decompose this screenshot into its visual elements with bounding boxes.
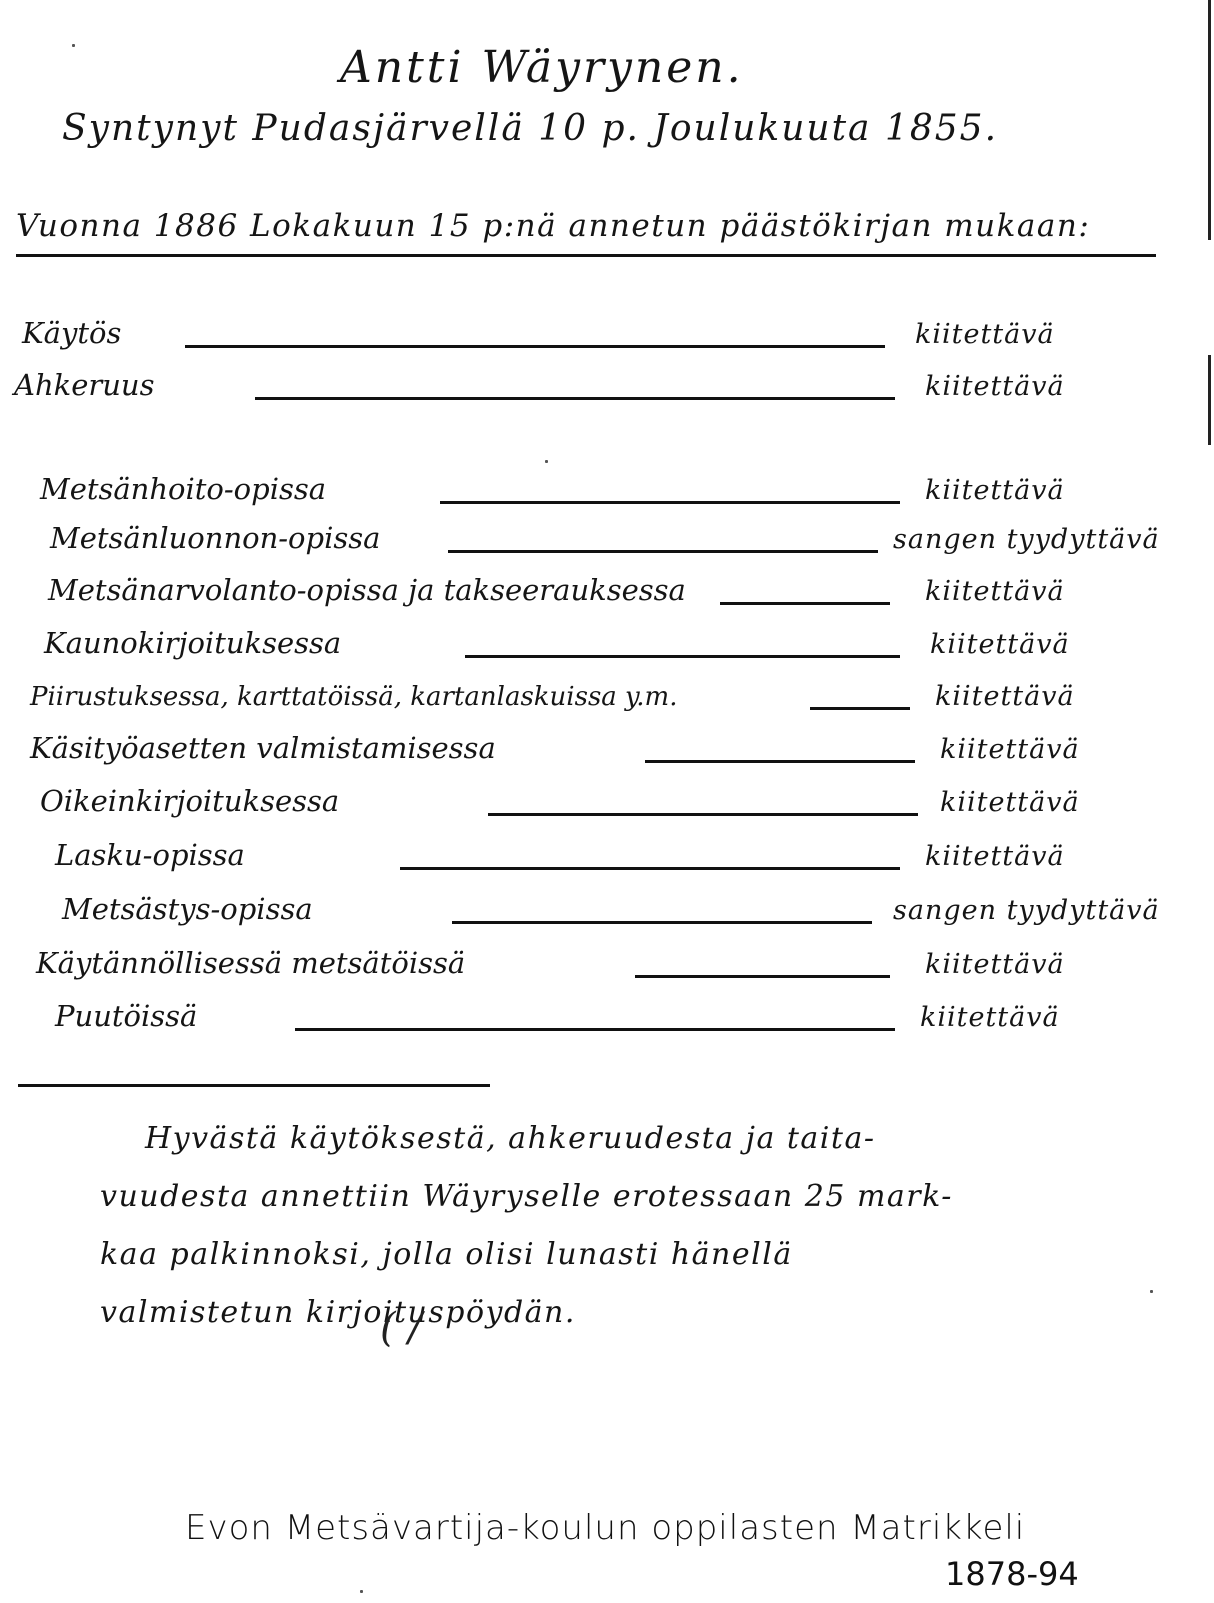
subject-grade: kiitettävä — [925, 949, 1065, 980]
archive-years: 1878-94 — [945, 1555, 1079, 1593]
fill-line — [635, 975, 890, 978]
subject-name: Käytännöllisessä metsätöissä — [36, 946, 465, 980]
scan-speck — [545, 460, 548, 463]
section-rule — [18, 1084, 490, 1087]
subject-name: Metsänhoito-opissa — [40, 472, 326, 506]
subject-row: Käsityöasetten valmistamisessa kiitettäv… — [0, 725, 1214, 771]
conduct-subject: Käytös — [22, 316, 121, 350]
subject-name: Metsänluonnon-opissa — [50, 521, 380, 555]
subject-row: Käytännöllisessä metsätöissä kiitettävä — [0, 940, 1214, 986]
fill-line — [185, 345, 885, 348]
conduct-subject: Ahkeruus — [14, 368, 154, 402]
subject-row: Metsänhoito-opissa kiitettävä — [0, 466, 1214, 512]
student-name-title: Antti Wäyrynen. — [340, 42, 744, 93]
subject-row: Metsänluonnon-opissa sangen tyydyttävä — [0, 515, 1214, 561]
scan-speck — [72, 44, 75, 47]
subject-grade: kiitettävä — [940, 734, 1080, 765]
fill-line — [810, 707, 910, 710]
fill-line — [465, 655, 900, 658]
subject-grade: kiitettävä — [920, 1002, 1060, 1033]
subject-name: Oikeinkirjoituksessa — [40, 784, 339, 818]
subject-name: Metsänarvolanto-opissa ja takseerauksess… — [48, 573, 686, 607]
margin-marks: ( / — [380, 1305, 422, 1351]
certificate-line: Vuonna 1886 Lokakuun 15 p:nä annetun pää… — [16, 208, 1090, 244]
fill-line — [452, 921, 872, 924]
conduct-grade: kiitettävä — [915, 319, 1055, 350]
subject-row: Metsästys-opissa sangen tyydyttävä — [0, 886, 1214, 932]
fill-line — [448, 550, 878, 553]
subject-grade: sangen tyydyttävä — [893, 524, 1160, 555]
subject-grade: kiitettävä — [935, 681, 1075, 712]
conduct-row: Ahkeruus kiitettävä — [0, 362, 1214, 408]
note-line: kaa palkinnoksi, jolla olisi lunasti hän… — [100, 1226, 1180, 1284]
subject-row: Lasku-opissa kiitettävä — [0, 832, 1214, 878]
fill-line — [488, 813, 918, 816]
subject-row: Oikeinkirjoituksessa kiitettävä — [0, 778, 1214, 824]
scan-speck — [1150, 1290, 1153, 1293]
note-line: Hyvästä käytöksestä, ahkeruudesta ja tai… — [100, 1110, 1180, 1168]
fill-line — [400, 867, 900, 870]
subject-name: Puutöissä — [55, 999, 197, 1033]
subject-row: Piirustuksessa, karttatöissä, kartanlask… — [0, 672, 1214, 718]
note-line: vuudesta annettiin Wäyryselle erotessaan… — [100, 1168, 1180, 1226]
subject-grade: kiitettävä — [925, 841, 1065, 872]
subject-row: Kaunokirjoituksessa kiitettävä — [0, 620, 1214, 666]
subject-row: Puutöissä kiitettävä — [0, 993, 1214, 1039]
subject-grade: kiitettävä — [925, 475, 1065, 506]
fill-line — [645, 760, 915, 763]
archive-caption: Evon Metsävartija-koulun oppilasten Matr… — [185, 1508, 1025, 1548]
subject-name: Kaunokirjoituksessa — [44, 626, 341, 660]
fill-line — [720, 602, 890, 605]
fill-line — [295, 1028, 895, 1031]
award-note: Hyvästä käytöksestä, ahkeruudesta ja tai… — [100, 1110, 1180, 1342]
conduct-grade: kiitettävä — [925, 371, 1065, 402]
subject-grade: kiitettävä — [930, 629, 1070, 660]
subject-grade: kiitettävä — [940, 787, 1080, 818]
subject-name: Käsityöasetten valmistamisessa — [30, 731, 496, 765]
subject-grade: sangen tyydyttävä — [893, 895, 1160, 926]
fill-line — [255, 397, 895, 400]
subject-grade: kiitettävä — [925, 576, 1065, 607]
subject-name: Metsästys-opissa — [62, 892, 313, 926]
birth-record: Syntynyt Pudasjärvellä 10 p. Joulukuuta … — [62, 108, 998, 149]
fill-line — [440, 501, 900, 504]
header-rule — [16, 254, 1156, 257]
scan-edge-line — [1208, 355, 1211, 445]
subject-name: Piirustuksessa, karttatöissä, kartanlask… — [30, 682, 677, 712]
conduct-row: Käytös kiitettävä — [0, 310, 1214, 356]
subject-name: Lasku-opissa — [55, 838, 245, 872]
scan-edge-line — [1208, 0, 1211, 240]
note-line: valmistetun kirjoituspöydän. — [100, 1284, 1180, 1342]
scan-speck — [360, 1590, 363, 1593]
subject-row: Metsänarvolanto-opissa ja takseerauksess… — [0, 567, 1214, 613]
